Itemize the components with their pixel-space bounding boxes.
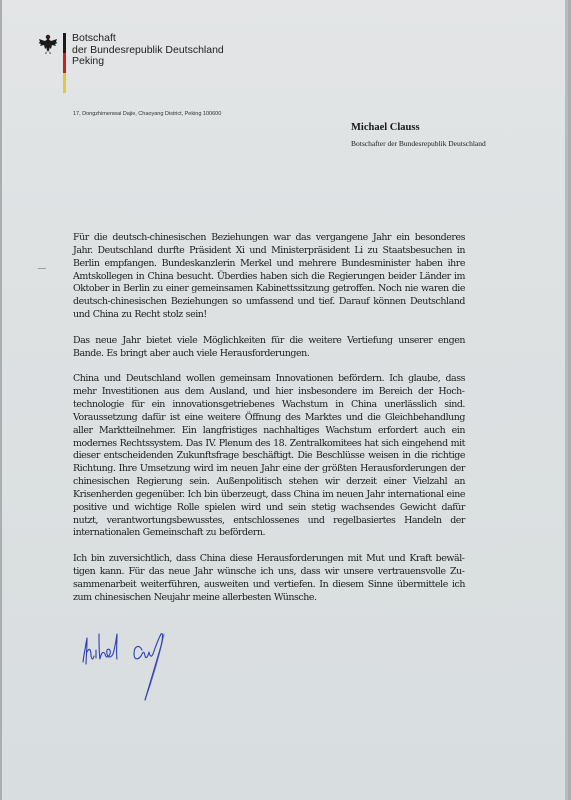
paragraph: Das neue Jahr bietet viele Möglichkeiten…: [73, 335, 465, 361]
handwritten-signature-icon: [77, 630, 227, 730]
embassy-name: Botschaft der Bundesrepublik Deutschland…: [72, 33, 224, 68]
flag-bar: [63, 33, 66, 93]
org-line: Botschaft: [72, 33, 224, 45]
flag-stripe-black: [63, 33, 66, 53]
paragraph: Für die deutsch-chinesischen Beziehungen…: [73, 232, 465, 322]
paragraph: China und Deutschland wollen gemeinsam I…: [73, 373, 465, 540]
federal-eagle-icon: [37, 33, 59, 55]
embassy-address: 17, Dongzhimenwai Dajie, Chaoyang Distri…: [73, 111, 221, 117]
sender-block: Michael Clauss Botschafter der Bundesrep…: [351, 121, 486, 149]
page-edge: [565, 0, 568, 800]
sender-title: Botschafter der Bundesrepublik Deutschla…: [351, 138, 486, 149]
fold-mark: [38, 268, 46, 269]
flag-stripe-red: [63, 53, 66, 73]
paragraph: Ich bin zuversichtlich, dass China diese…: [73, 553, 465, 604]
letter-page: Botschaft der Bundesrepublik Deutschland…: [2, 0, 568, 800]
sender-name: Michael Clauss: [351, 121, 486, 134]
flag-stripe-gold: [63, 73, 66, 93]
org-line: Peking: [72, 56, 224, 68]
letter-body: Für die deutsch-chinesischen Beziehungen…: [73, 232, 465, 617]
